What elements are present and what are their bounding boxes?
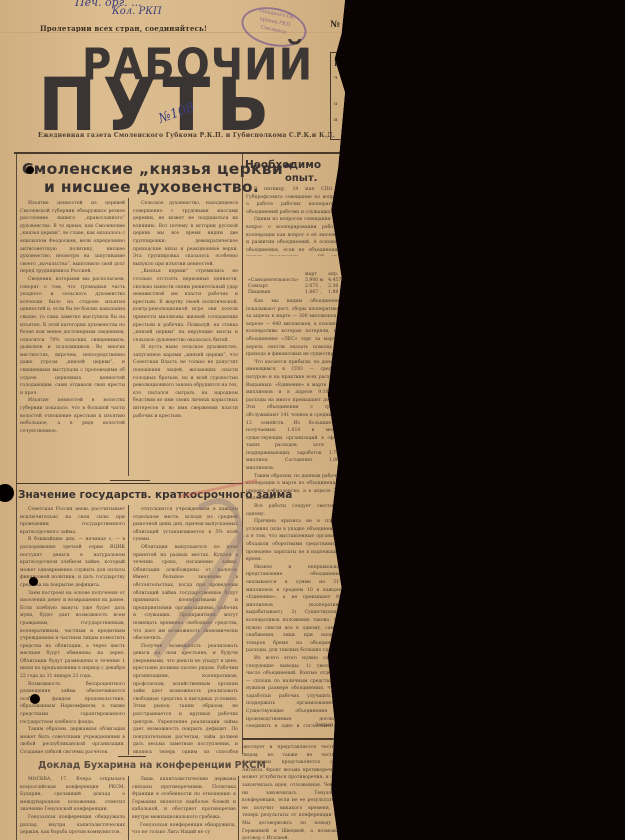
article-divider xyxy=(16,483,242,484)
paragraph: Получив возможность реализовать деньги н… xyxy=(133,643,238,756)
article-signature: Загран xyxy=(315,722,333,730)
newspaper-subtitle: Ежедневная газета Смоленского Губкома Р.… xyxy=(38,132,335,139)
paragraph: Причина кризиса не в плохих условиях (ил… xyxy=(246,518,342,564)
article-column: Советская Россия вновь рассчитывает искл… xyxy=(20,506,125,756)
headline-part: учест xyxy=(339,159,372,171)
paragraph: МОСКВА, 17. Вчера открылась всероссийска… xyxy=(20,776,125,814)
paragraph: Изъятие ценностей из церквей Смоленской … xyxy=(20,200,125,276)
column-rule xyxy=(128,776,129,840)
column-rule xyxy=(128,198,129,476)
side-box-letter: п xyxy=(334,101,337,107)
article-subheadline: опыт. xyxy=(285,173,317,184)
article-column: Сельское духовенство, находящееся соверш… xyxy=(133,200,238,476)
article-headline: Доклад Бухарина на конференции РКСМ xyxy=(38,760,266,771)
side-box-letter: Р xyxy=(334,59,339,68)
article-divider xyxy=(242,738,345,740)
paragraph: Заем построен на основе получения от нас… xyxy=(20,590,125,681)
paragraph: ществует и представляется честным лицом,… xyxy=(242,744,342,840)
headline-part: Необходимо xyxy=(245,159,321,171)
left-margin-rule xyxy=(16,154,17,840)
masthead-rule xyxy=(14,152,344,154)
paragraph: В пятницу, 19 мая СПО и Губпрофсовета со… xyxy=(246,186,342,216)
paragraph: Советская Россия вновь рассчитывает искл… xyxy=(20,506,125,536)
side-box: Р ч п и xyxy=(330,52,343,140)
column-rule xyxy=(242,154,243,754)
paragraph: Таким образом, по данным рабочей коопера… xyxy=(246,473,342,503)
paragraph: Одним из вопросов совещания был вопрос о… xyxy=(246,216,342,256)
ink-spot xyxy=(26,166,34,174)
side-box-letter: ч xyxy=(334,75,337,81)
paragraph: Изъятие ценностей в волостях губернии по… xyxy=(20,397,125,435)
paragraph: Что касается прибыли, по данным, имеющим… xyxy=(246,359,342,473)
table-cell: Пищевик xyxy=(246,290,303,296)
side-box-letter: и xyxy=(334,117,337,123)
handwritten-note: Кол. РКП xyxy=(112,6,162,17)
article-column: Лишь капиталистические державы связаны п… xyxy=(132,776,236,840)
paragraph: Как мы видим объединения показывают рост… xyxy=(246,298,342,359)
paragraph: Таким образом, державная облигация может… xyxy=(20,726,125,756)
article-headline: и нисшее духовенство. xyxy=(44,178,259,196)
article-column: Как мы видим объединения показывают рост… xyxy=(246,298,342,728)
paragraph: И пусть ныне сельское духовенство, запуг… xyxy=(133,344,238,420)
paragraph: Сельское духовенство, находящееся соверш… xyxy=(133,200,238,268)
ink-spot xyxy=(29,577,38,586)
ink-spot xyxy=(30,694,40,704)
column-rule xyxy=(238,776,239,840)
paragraph: Генуэзская конференция обнаружила, что н… xyxy=(132,822,236,837)
issue-number-label: № xyxy=(330,20,340,30)
paragraph: Генуэзская конференция обнаружила разлад… xyxy=(20,814,125,837)
paragraph: Лишь капиталистические державы связаны п… xyxy=(132,776,236,822)
article-column: В пятницу, 19 мая СПО и Губпрофсовета со… xyxy=(246,186,342,256)
table-cell: 1.88 xyxy=(326,290,344,296)
article-headline: Необходимо учест xyxy=(245,159,372,171)
newspaper-page: Печ. орг. ... Кол. РКП Пролетарии всех с… xyxy=(0,0,345,840)
column-rule xyxy=(128,505,129,755)
paragraph: Из всего этого нужно сделать следующие в… xyxy=(246,655,342,728)
paragraph: Сведения, которыми мы располагаем, говор… xyxy=(20,276,125,398)
article-end-rule xyxy=(118,756,146,757)
paragraph: Низкое и неправильное представление объе… xyxy=(246,564,342,655)
article-column: ществует и представляется честным лицом,… xyxy=(242,744,342,840)
article-end-rule xyxy=(110,480,150,481)
paragraph: „Князья церкви“ стремились не столько от… xyxy=(133,268,238,344)
newspaper-title-line2: ПУТЬ xyxy=(38,68,276,142)
turnover-table: март апр. «Самодеятельность» 5.900 м 4.4… xyxy=(246,272,344,296)
table-row: Пищевик 1.867 , 1.88 xyxy=(246,290,344,296)
table-cell: 1.867 , xyxy=(303,290,326,296)
punch-hole xyxy=(0,484,14,502)
article-column: МОСКВА, 17. Вчера открылась всероссийска… xyxy=(20,776,125,840)
article-column: Изъятие ценностей из церквей Смоленской … xyxy=(20,200,125,476)
paragraph: Все работы следует свести к одному. xyxy=(246,503,342,518)
